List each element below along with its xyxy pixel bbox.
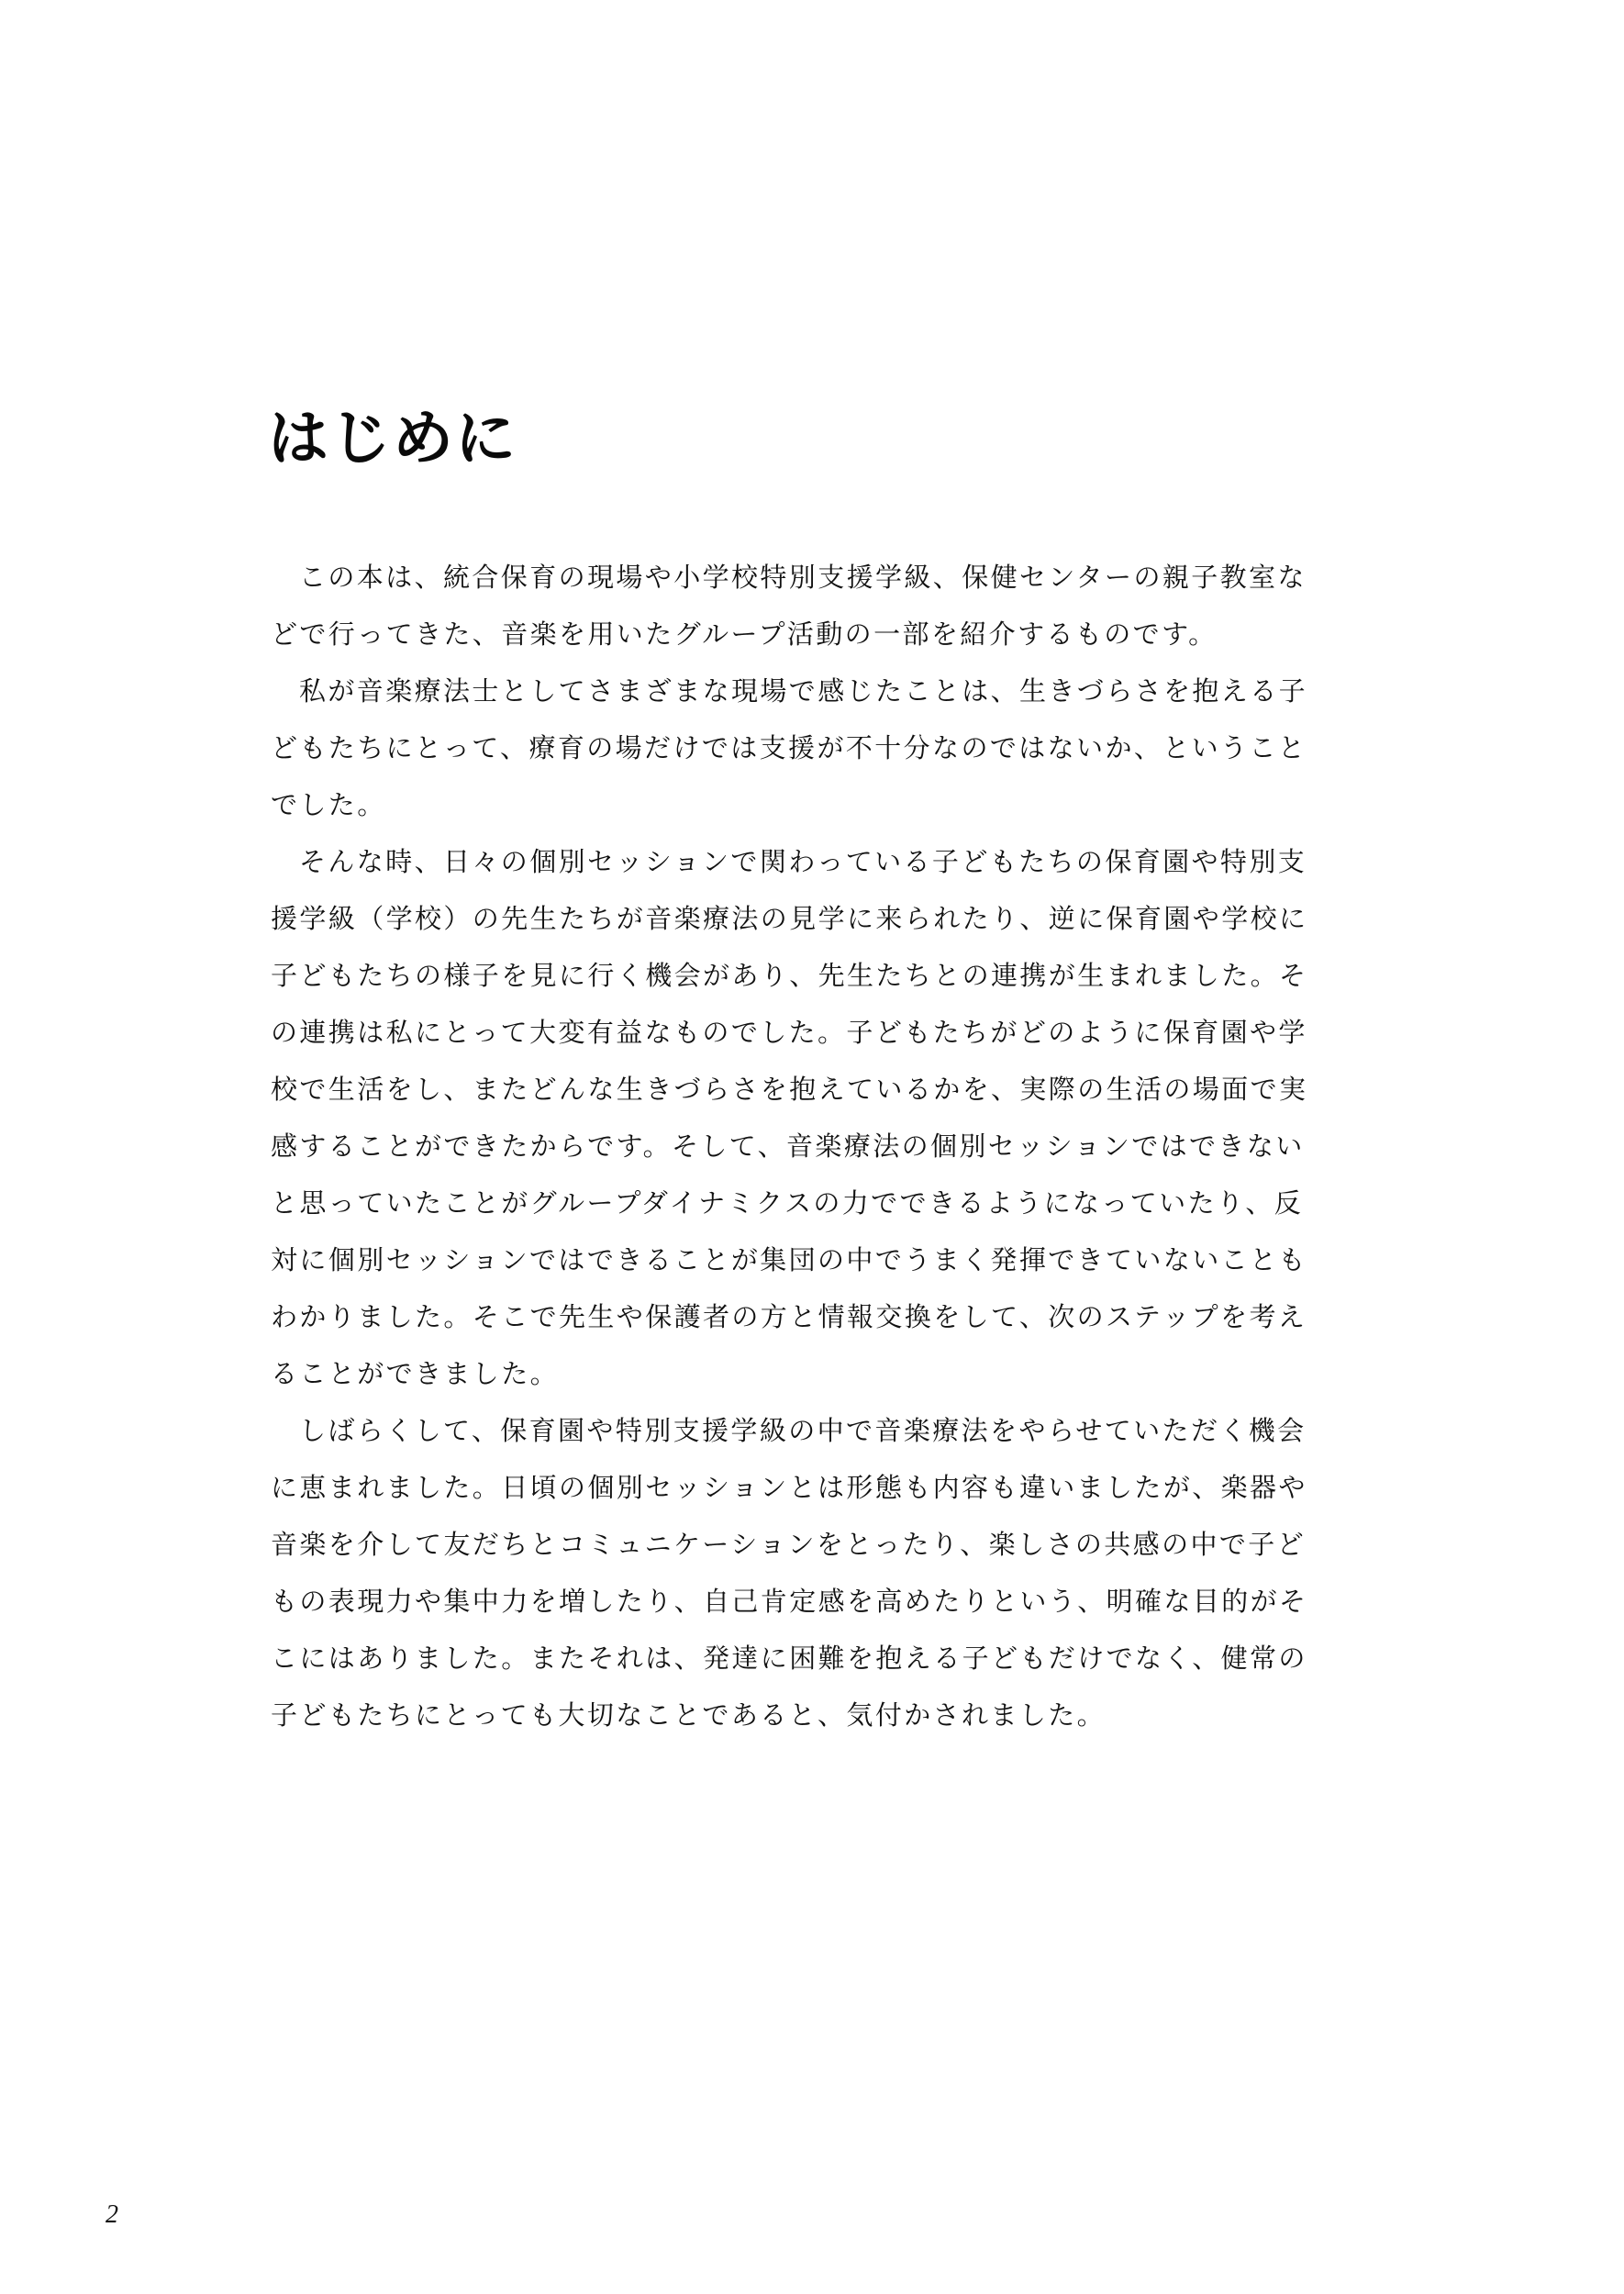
paragraph-3-line-3: 子どもたちの様子を見に行く機会があり、先生たちとの連携が生まれました。そ bbox=[271, 947, 1291, 1004]
page-number: 2 bbox=[106, 2200, 118, 2230]
body-text: この本は、統合保育の現場や小学校特別支援学級、保健センターの親子教室な どで行っ… bbox=[271, 549, 1291, 1743]
paragraph-3-line-9: わかりました。そこで先生や保護者の方と情報交換をして、次のステップを考え bbox=[271, 1288, 1291, 1345]
paragraph-3-line-2: 援学級（学校）の先生たちが音楽療法の見学に来られたり、逆に保育園や学校に bbox=[271, 890, 1291, 947]
paragraph-2-line-3: でした。 bbox=[271, 776, 1291, 833]
paragraph-4-line-2: に恵まれました。日頃の個別セッションとは形態も内容も違いましたが、楽器や bbox=[271, 1459, 1291, 1516]
paragraph-1-line-2: どで行ってきた、音楽を用いたグループ活動の一部を紹介するものです。 bbox=[271, 606, 1291, 663]
paragraph-3-line-8: 対に個別セッションではできることが集団の中でうまく発揮できていないことも bbox=[271, 1231, 1291, 1288]
document-page: はじめに この本は、統合保育の現場や小学校特別支援学級、保健センターの親子教室な… bbox=[0, 0, 1624, 2294]
paragraph-3-line-1: そんな時、日々の個別セッションで関わっている子どもたちの保育園や特別支 bbox=[271, 833, 1291, 890]
paragraph-3-line-6: 感することができたからです。そして、音楽療法の個別セッションではできない bbox=[271, 1118, 1291, 1175]
paragraph-3-line-7: と思っていたことがグループダイナミクスの力でできるようになっていたり、反 bbox=[271, 1175, 1291, 1231]
paragraph-4-line-5: こにはありました。またそれは、発達に困難を抱える子どもだけでなく、健常の bbox=[271, 1630, 1291, 1687]
paragraph-4-line-4: もの表現力や集中力を増したり、自己肯定感を高めたりという、明確な目的がそ bbox=[271, 1573, 1291, 1630]
page-title: はじめに bbox=[268, 402, 517, 475]
paragraph-3-line-10: ることができました。 bbox=[271, 1345, 1291, 1402]
paragraph-1-line-1: この本は、統合保育の現場や小学校特別支援学級、保健センターの親子教室な bbox=[271, 549, 1291, 606]
paragraph-4-line-1: しばらくして、保育園や特別支援学級の中で音楽療法をやらせていただく機会 bbox=[271, 1402, 1291, 1459]
paragraph-3-line-4: の連携は私にとって大変有益なものでした。子どもたちがどのように保育園や学 bbox=[271, 1004, 1291, 1061]
paragraph-4-line-3: 音楽を介して友だちとコミュニケーションをとったり、楽しさの共感の中で子ど bbox=[271, 1516, 1291, 1573]
paragraph-2-line-2: どもたちにとって、療育の場だけでは支援が不十分なのではないか、ということ bbox=[271, 719, 1291, 776]
paragraph-4-line-6: 子どもたちにとっても大切なことであると、気付かされました。 bbox=[271, 1687, 1291, 1743]
paragraph-2-line-1: 私が音楽療法士としてさまざまな現場で感じたことは、生きづらさを抱える子 bbox=[271, 663, 1291, 719]
paragraph-3-line-5: 校で生活をし、またどんな生きづらさを抱えているかを、実際の生活の場面で実 bbox=[271, 1061, 1291, 1118]
